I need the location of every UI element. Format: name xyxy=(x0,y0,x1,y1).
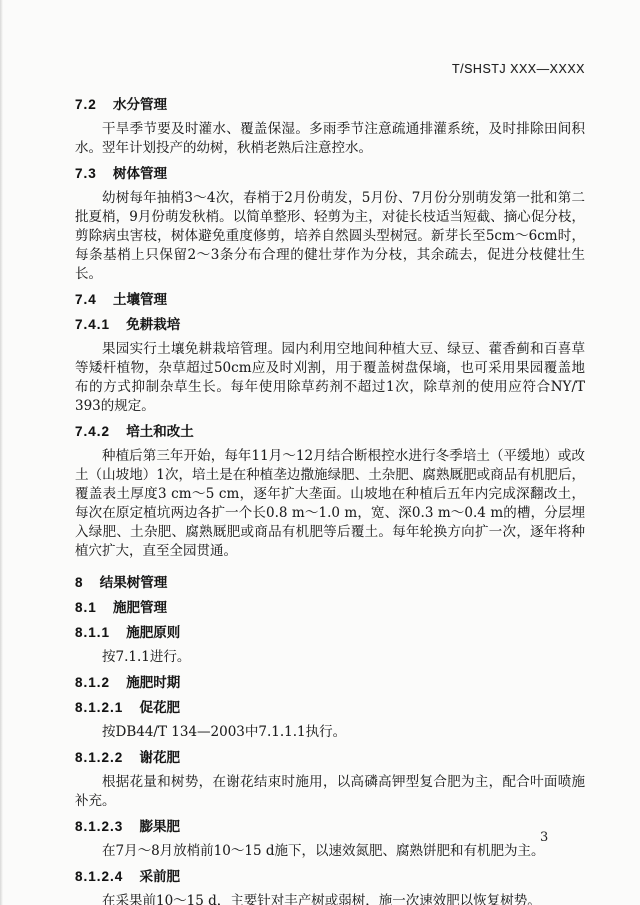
heading-title: 采前肥 xyxy=(139,869,180,884)
heading-title: 膨果肥 xyxy=(139,819,180,834)
paragraph-post-bloom-fertilizer: 根据花量和树势，在谢花结束时施用，以高磷高钾型复合肥为主，配合叶面喷施补充。 xyxy=(75,773,585,811)
heading-number: 8.1.2.4 xyxy=(75,869,123,884)
heading-title: 促花肥 xyxy=(139,700,180,715)
heading-title: 培土和改土 xyxy=(126,424,194,439)
heading-number: 8.1 xyxy=(75,600,97,615)
heading-number: 8.1.2 xyxy=(75,675,110,690)
heading-title: 免耕栽培 xyxy=(126,317,180,332)
paragraph-water-management: 干旱季节要及时灌水、覆盖保湿。多雨季节注意疏通排灌系统，及时排除田间积水。翌年计… xyxy=(75,120,585,158)
heading-title: 施肥时期 xyxy=(126,675,180,690)
heading-number: 8.1.2.1 xyxy=(75,700,123,715)
heading-7-4-2: 7.4.2培土和改土 xyxy=(75,422,585,441)
heading-title: 土壤管理 xyxy=(113,292,167,307)
heading-number: 7.4.2 xyxy=(75,424,110,439)
heading-8-1-2-2: 8.1.2.2谢花肥 xyxy=(75,748,585,767)
heading-7-4: 7.4土壤管理 xyxy=(75,290,585,309)
paragraph-no-till-cultivation: 果园实行土壤免耕栽培管理。园内利用空地间种植大豆、绿豆、藿香蓟和百喜草等矮杆植物… xyxy=(75,340,585,416)
heading-title: 施肥管理 xyxy=(113,600,167,615)
heading-8-1-1: 8.1.1施肥原则 xyxy=(75,623,585,642)
heading-title: 水分管理 xyxy=(113,97,167,112)
heading-number: 8 xyxy=(75,575,84,590)
heading-title: 结果树管理 xyxy=(100,575,168,590)
heading-number: 8.1.1 xyxy=(75,625,110,640)
heading-number: 7.3 xyxy=(75,166,97,181)
paragraph-fruit-swelling-fertilizer: 在7月～8月放梢前10～15 d施下，以速效氮肥、腐熟饼肥和有机肥为主。 xyxy=(75,842,585,861)
paragraph-fertilization-principle: 按7.1.1进行。 xyxy=(75,648,585,667)
heading-number: 8.1.2.2 xyxy=(75,750,123,765)
paragraph-tree-body-management: 幼树每年抽梢3～4次，春梢于2月份萌发，5月份、7月份分别萌发第一批和第二批夏梢… xyxy=(75,189,585,284)
heading-number: 7.4.1 xyxy=(75,317,110,332)
heading-8-1-2-4: 8.1.2.4采前肥 xyxy=(75,867,585,886)
paragraph-flower-promoting-fertilizer: 按DB44/T 134—2003中7.1.1.1执行。 xyxy=(75,723,585,742)
heading-number: 7.2 xyxy=(75,97,97,112)
page-number: 3 xyxy=(540,830,548,845)
heading-number: 7.4 xyxy=(75,292,97,307)
heading-7-2: 7.2水分管理 xyxy=(75,95,585,114)
standard-code-header: T/SHSTJ XXX—XXXX xyxy=(75,62,585,77)
document-content: T/SHSTJ XXX—XXXX 7.2水分管理 干旱季节要及时灌水、覆盖保湿。… xyxy=(0,0,640,905)
heading-8-1-2-3: 8.1.2.3膨果肥 xyxy=(75,817,585,836)
paragraph-pre-harvest-fertilizer: 在采果前10～15 d，主要针对丰产树或弱树，施一次速效肥以恢复树势。 xyxy=(75,892,585,905)
heading-title: 施肥原则 xyxy=(126,625,180,640)
heading-8-1-2-1: 8.1.2.1促花肥 xyxy=(75,698,585,717)
heading-title: 谢花肥 xyxy=(139,750,180,765)
heading-8-1-2: 8.1.2施肥时期 xyxy=(75,673,585,692)
document-page: T/SHSTJ XXX—XXXX 7.2水分管理 干旱季节要及时灌水、覆盖保湿。… xyxy=(0,0,640,905)
heading-number: 8.1.2.3 xyxy=(75,819,123,834)
paragraph-soil-improvement: 种植后第三年开始，每年11月～12月结合断根控水进行冬季培土（平缓地）或改土（山… xyxy=(75,447,585,561)
heading-7-3: 7.3树体管理 xyxy=(75,164,585,183)
heading-7-4-1: 7.4.1免耕栽培 xyxy=(75,315,585,334)
heading-title: 树体管理 xyxy=(113,166,167,181)
heading-8-1: 8.1施肥管理 xyxy=(75,598,585,617)
heading-8: 8结果树管理 xyxy=(75,573,585,592)
